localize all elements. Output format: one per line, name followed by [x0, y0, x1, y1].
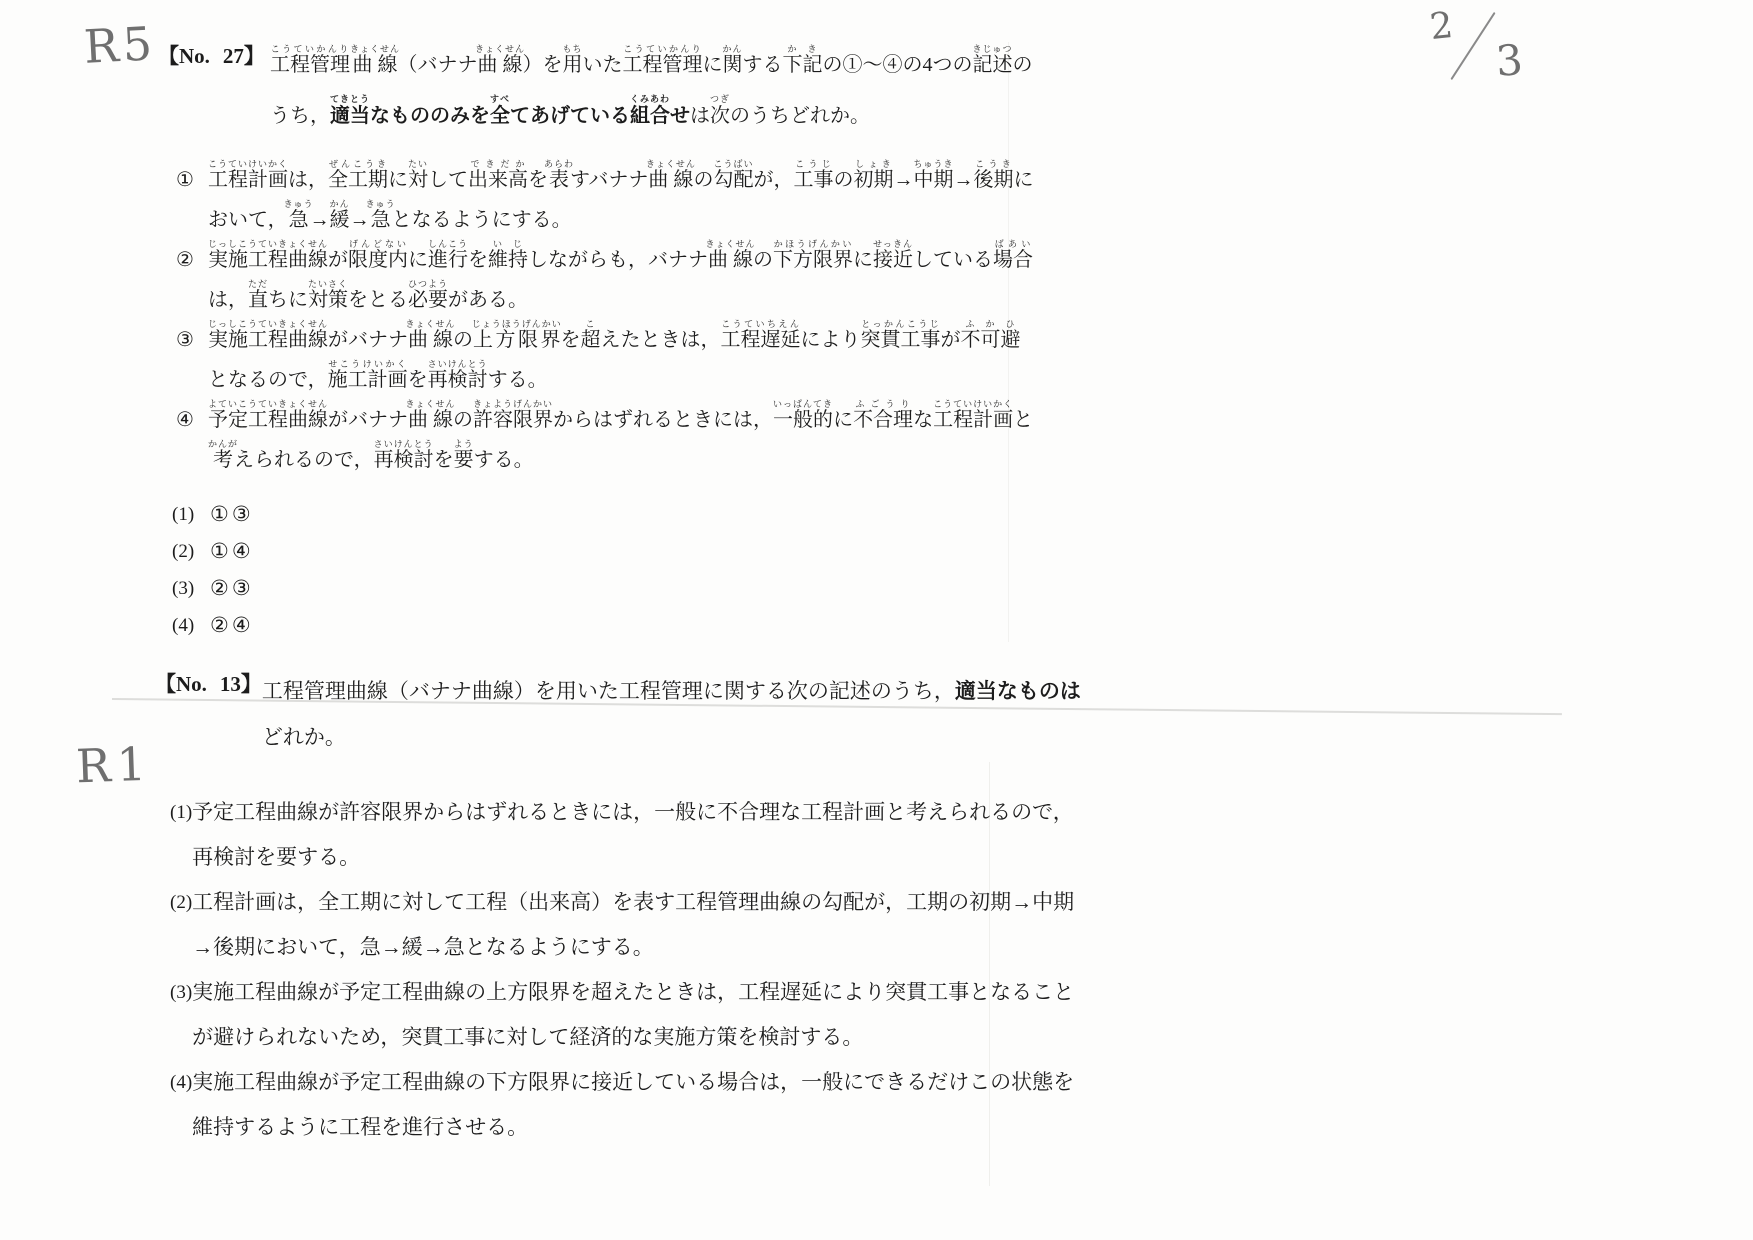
option-2-number: (2) — [172, 541, 210, 563]
statement-3: ③ 実施工程曲線じっしこうていきょくせんがバナナ曲線きょくせんの上方限界じょうほ… — [158, 320, 1058, 400]
statement-2-line-1: 実施工程曲線じっしこうていきょくせんが限度内げんどないに進行しんこうを維持いじし… — [208, 240, 1058, 280]
question-27-statements: ① 工程計画こうていけいかくは，全工期ぜんこうきに対たいして出来高できだかを表あ… — [158, 160, 1058, 480]
statement-2-marker: ② — [158, 240, 208, 320]
question-27-options: (1) ①③ (2) ①④ (3) ②③ (4) ②④ — [158, 496, 1058, 644]
item-3-line-2: が避けられないため，突貫工事に対して経済的な実施方策を検討する。 — [192, 1015, 1074, 1060]
option-4-number: (4) — [172, 615, 210, 637]
handwritten-page-denominator: 3 — [1494, 35, 1524, 86]
question-13-text-line-2: どれか。 — [262, 714, 1081, 760]
handwritten-page-numerator: 2 — [1428, 5, 1455, 48]
question-13-number-label: 【No. 13】 — [155, 668, 262, 760]
statement-3-line-2: となるので，施工計画せこうけいかくを再検討さいけんとうする。 — [208, 360, 1058, 400]
statement-1-line-2: おいて，急きゅう→緩かん→急きゅうとなるようにする。 — [208, 200, 1058, 240]
item-2-line-1: 工程計画は，全工期に対して工程（出来高）を表す工程管理曲線の勾配が，工期の初期→… — [192, 880, 1074, 925]
item-1-number: (1) — [155, 790, 192, 880]
question-13-header: 【No. 13】 工程管理曲線（バナナ曲線）を用いた工程管理に関する次の記述のう… — [155, 668, 1055, 760]
statement-4-line-2: 考かんがえられるので，再検討さいけんとうを要ようする。 — [208, 440, 1058, 480]
option-1-number: (1) — [172, 504, 210, 526]
statement-4-line-1: 予定工程曲線よていこうていきょくせんがバナナ曲線きょくせんの許容限界きょようげん… — [208, 400, 1058, 440]
question-27-no-num: 27】 — [223, 40, 265, 140]
question-13-text: 工程管理曲線（バナナ曲線）を用いた工程管理に関する次の記述のうち，適当なものは … — [262, 668, 1081, 760]
item-2-line-2: →後期において，急→緩→急となるようにする。 — [192, 925, 1074, 970]
question-13-no-open: 【No. — [155, 668, 207, 760]
item-4-line-1: 実施工程曲線が予定工程曲線の下方限界に接近している場合は，一般にできるだけこの状… — [192, 1060, 1074, 1105]
statement-3-line-1: 実施工程曲線じっしこうていきょくせんがバナナ曲線きょくせんの上方限界じょうほうげ… — [208, 320, 1058, 360]
handwritten-year-r5: R5 — [83, 16, 158, 74]
question-27-text: 工程管理こうていかんり曲線きょくせん（バナナ曲線きょくせん）を用もちいた工程管理… — [270, 40, 1058, 140]
question-27-no-open: 【No. — [158, 40, 210, 140]
item-1-line-2: 再検討を要する。 — [192, 835, 1074, 880]
handwritten-year-r1: R1 — [75, 737, 153, 794]
statement-1-line-1: 工程計画こうていけいかくは，全工期ぜんこうきに対たいして出来高できだかを表あらわ… — [208, 160, 1058, 200]
statement-4: ④ 予定工程曲線よていこうていきょくせんがバナナ曲線きょくせんの許容限界きょよう… — [158, 400, 1058, 480]
option-1-value: ①③ — [210, 502, 254, 527]
statement-2-line-2: は，直ただちに対策たいさくをとる必要ひつようがある。 — [208, 280, 1058, 320]
question-27-text-line-1: 工程管理こうていかんり曲線きょくせん（バナナ曲線きょくせん）を用もちいた工程管理… — [270, 40, 1058, 90]
question-27-header: 【No. 27】 工程管理こうていかんり曲線きょくせん（バナナ曲線きょくせん）を… — [158, 40, 1058, 140]
item-row-3: (3) 実施工程曲線が予定工程曲線の上方限界を超えたときは，工程遅延により突貫工… — [155, 970, 1055, 1060]
option-4-value: ②④ — [210, 613, 254, 638]
statement-3-marker: ③ — [158, 320, 208, 400]
statement-1: ① 工程計画こうていけいかくは，全工期ぜんこうきに対たいして出来高できだかを表あ… — [158, 160, 1058, 240]
item-3-line-1: 実施工程曲線が予定工程曲線の上方限界を超えたときは，工程遅延により突貫工事となる… — [192, 970, 1074, 1015]
question-27-text-line-2: うち，適当てきとうなもののみを全すべてあげている組合くみあわせは次つぎのうちどれ… — [270, 90, 1058, 140]
option-row-4: (4) ②④ — [172, 607, 1058, 644]
question-27-number-label: 【No. 27】 — [158, 40, 270, 140]
question-13-no-num: 13】 — [220, 668, 262, 760]
scanned-exam-page: R5 R1 2 3 【No. 27】 工程管理こうていかんり曲線きょくせん（バナ… — [0, 0, 1753, 1240]
option-row-2: (2) ①④ — [172, 533, 1058, 570]
option-3-value: ②③ — [210, 576, 254, 601]
item-3-number: (3) — [155, 970, 192, 1060]
option-2-value: ①④ — [210, 539, 254, 564]
item-4-number: (4) — [155, 1060, 192, 1150]
question-13-text-line-1: 工程管理曲線（バナナ曲線）を用いた工程管理に関する次の記述のうち，適当なものは — [262, 668, 1081, 714]
item-row-4: (4) 実施工程曲線が予定工程曲線の下方限界に接近している場合は，一般にできるだ… — [155, 1060, 1055, 1150]
option-row-1: (1) ①③ — [172, 496, 1058, 533]
question-27: 【No. 27】 工程管理こうていかんり曲線きょくせん（バナナ曲線きょくせん）を… — [158, 40, 1058, 644]
question-13: 【No. 13】 工程管理曲線（バナナ曲線）を用いた工程管理に関する次の記述のう… — [155, 668, 1055, 1150]
item-row-2: (2) 工程計画は，全工期に対して工程（出来高）を表す工程管理曲線の勾配が，工期… — [155, 880, 1055, 970]
handwritten-page-slash — [1450, 12, 1495, 80]
statement-4-marker: ④ — [158, 400, 208, 480]
question-13-items: (1) 予定工程曲線が許容限界からはずれるときには，一般に不合理な工程計画と考え… — [155, 790, 1055, 1150]
option-3-number: (3) — [172, 578, 210, 600]
item-1-line-1: 予定工程曲線が許容限界からはずれるときには，一般に不合理な工程計画と考えられるの… — [192, 790, 1074, 835]
option-row-3: (3) ②③ — [172, 570, 1058, 607]
item-2-number: (2) — [155, 880, 192, 970]
item-row-1: (1) 予定工程曲線が許容限界からはずれるときには，一般に不合理な工程計画と考え… — [155, 790, 1055, 880]
statement-1-marker: ① — [158, 160, 208, 240]
statement-2: ② 実施工程曲線じっしこうていきょくせんが限度内げんどないに進行しんこうを維持い… — [158, 240, 1058, 320]
item-4-line-2: 維持するように工程を進行させる。 — [192, 1105, 1074, 1150]
